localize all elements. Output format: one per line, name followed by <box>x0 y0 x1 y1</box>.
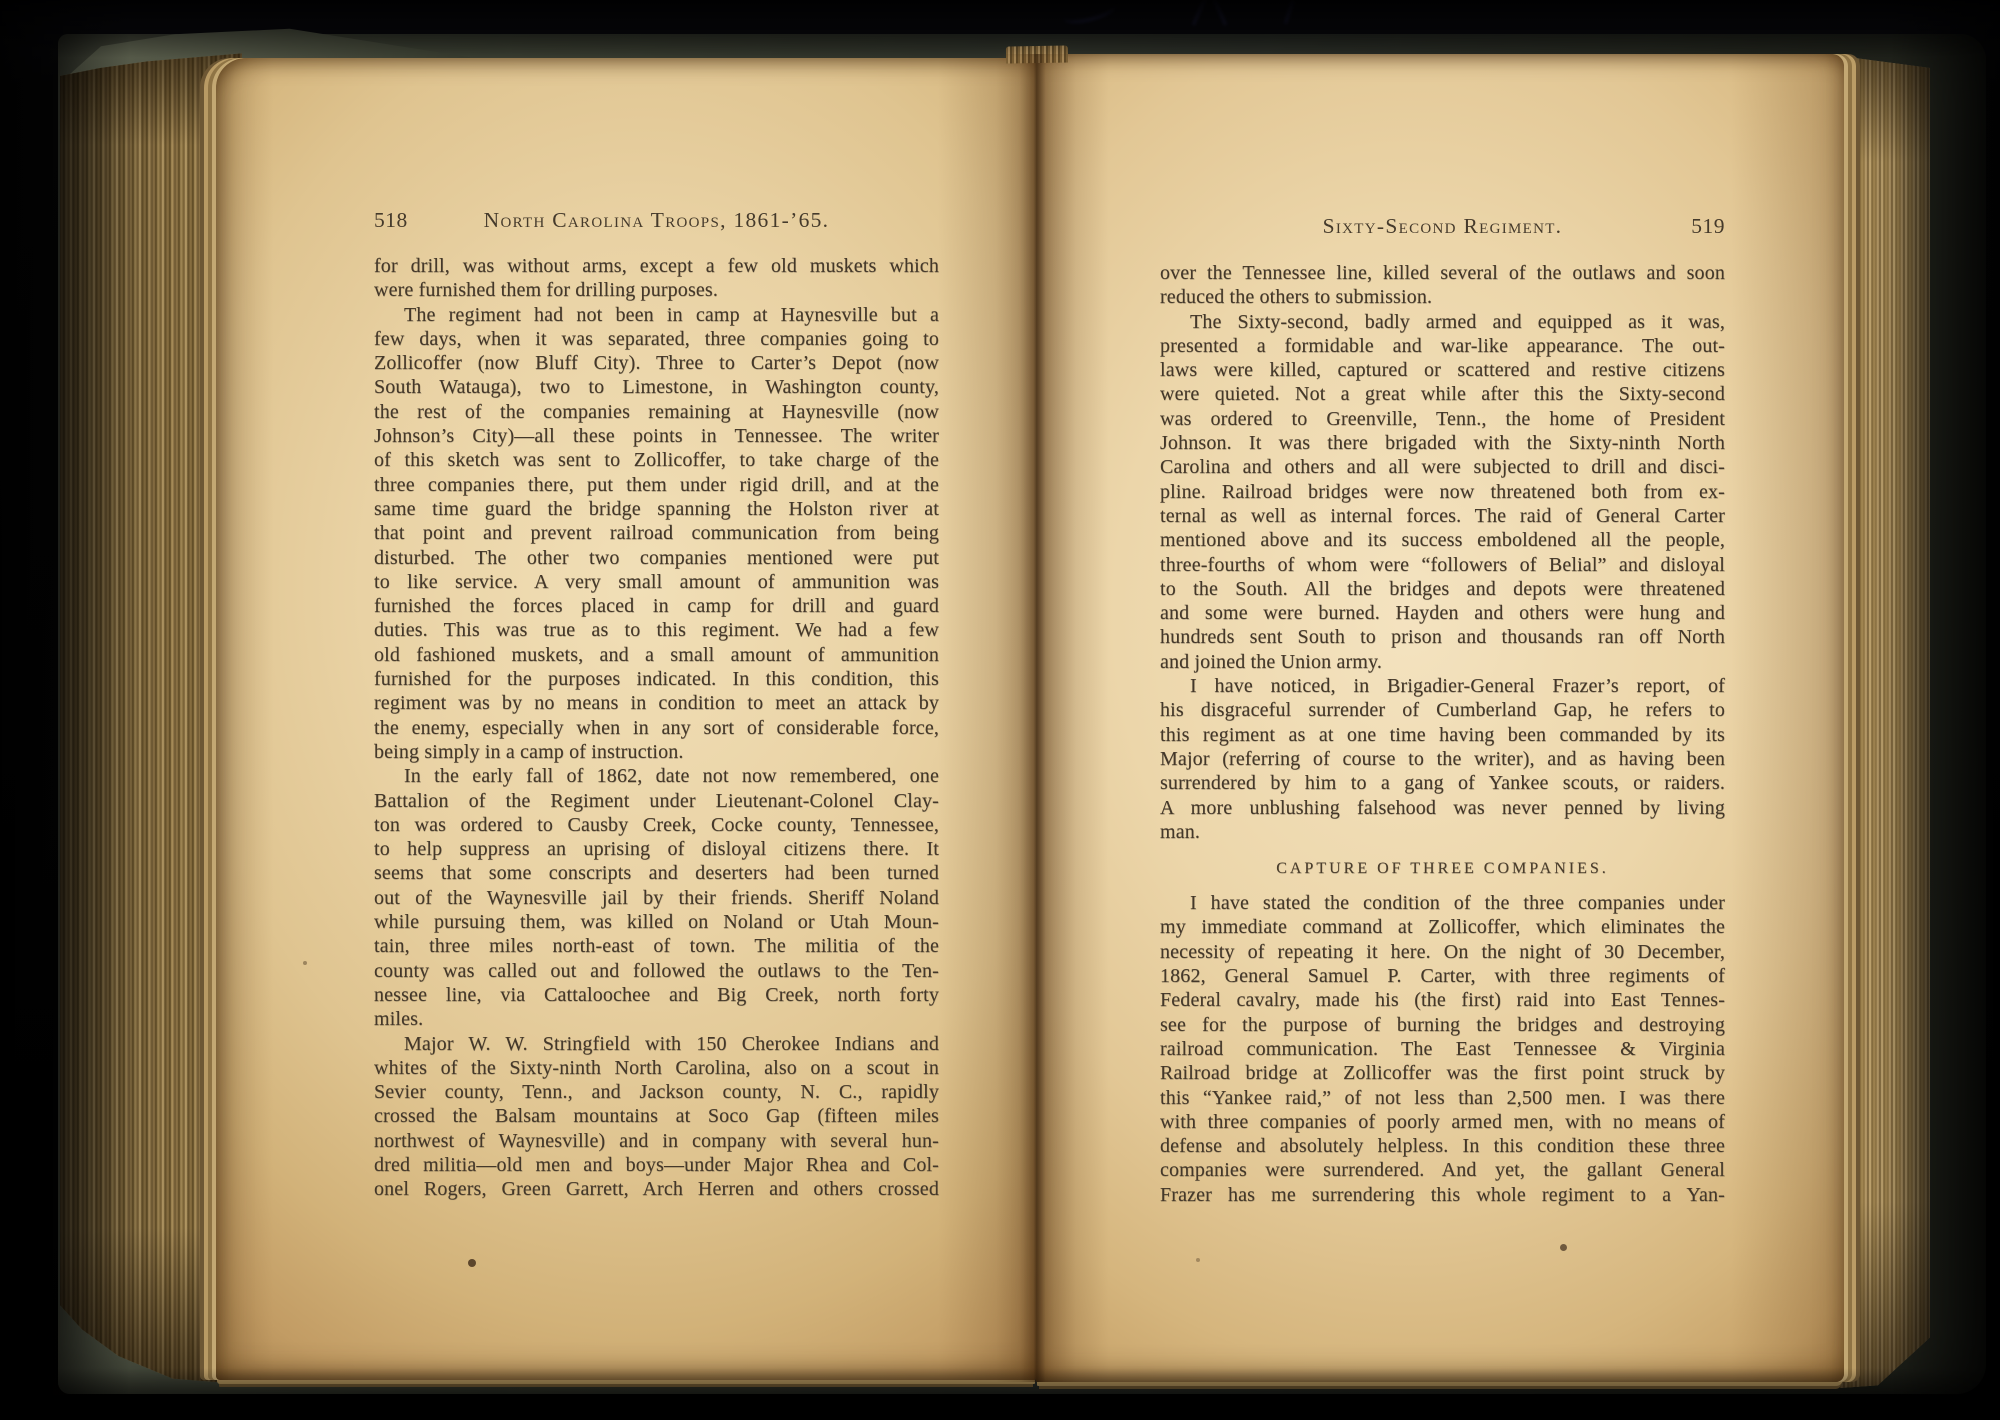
text-line: out of the Waynesville jail by their fri… <box>374 886 939 910</box>
text-line: Johnson’s City)—all these points in Tenn… <box>374 424 939 448</box>
text-line: were quieted. Not a great while after th… <box>1160 382 1725 406</box>
text-line: county was called out and followed the o… <box>374 959 939 983</box>
text-line: with three companies of poorly armed men… <box>1160 1110 1725 1134</box>
text-line: to help suppress an uprising of disloyal… <box>374 837 939 861</box>
text-line: ternal as well as internal forces. The r… <box>1160 504 1725 528</box>
text-line: furnished for the purposes indicated. In… <box>374 667 939 691</box>
text-line: were furnished them for drilling purpose… <box>374 278 939 302</box>
text-line: northwest of Waynesville) and in company… <box>374 1129 939 1153</box>
text-line: miles. <box>374 1007 939 1031</box>
text-line: that point and prevent railroad communic… <box>374 521 939 545</box>
text-line: Johnson. It was there brigaded with the … <box>1160 431 1725 455</box>
text-line: three-fourths of whom were “followers of… <box>1160 553 1725 577</box>
text-line: I have stated the condition of the three… <box>1160 891 1725 915</box>
ink-speck <box>1196 1258 1200 1262</box>
paragraph: The regiment had not been in camp at Hay… <box>374 303 939 765</box>
text-line: In the early fall of 1862, date not now … <box>374 764 939 788</box>
text-line: 1862, General Samuel P. Carter, with thr… <box>1160 964 1725 988</box>
running-head-right: Sixty-Second Regiment. 519 <box>1160 214 1725 242</box>
text-line: mentioned above and its success embolden… <box>1160 528 1725 552</box>
text-line: nessee line, via Cattaloochee and Big Cr… <box>374 983 939 1007</box>
text-line: surrendered by him to a gang of Yankee s… <box>1160 771 1725 795</box>
text-line: The regiment had not been in camp at Hay… <box>374 303 939 327</box>
text-line: laws were killed, captured or scattered … <box>1160 358 1725 382</box>
text-line: defense and absolutely helpless. In this… <box>1160 1134 1725 1158</box>
text-line: presented a formidable and war-like appe… <box>1160 334 1725 358</box>
text-line: and joined the Union army. <box>1160 650 1725 674</box>
paragraph: over the Tennessee line, killed several … <box>1160 261 1725 310</box>
text-line: Sevier county, Tenn., and Jackson county… <box>374 1080 939 1104</box>
text-line: Federal cavalry, made his (the first) ra… <box>1160 988 1725 1012</box>
text-line: this “Yankee raid,” of not less than 2,5… <box>1160 1086 1725 1110</box>
text-line: companies were surrendered. And yet, the… <box>1160 1158 1725 1182</box>
text-line: man. <box>1160 820 1725 844</box>
text-line: the rest of the companies remaining at H… <box>374 400 939 424</box>
right-page-text: over the Tennessee line, killed several … <box>1160 261 1725 1207</box>
text-line: Major (referring of course to the writer… <box>1160 747 1725 771</box>
text-line: disturbed. The other two companies menti… <box>374 546 939 570</box>
ink-speck <box>468 1259 476 1267</box>
text-line: Zollicoffer (now Bluff City). Three to C… <box>374 351 939 375</box>
paragraph: I have stated the condition of the three… <box>1160 891 1725 1207</box>
text-line: few days, when it was separated, three c… <box>374 327 939 351</box>
text-line: The Sixty-second, badly armed and equipp… <box>1160 310 1725 334</box>
page-edges-left <box>60 52 242 1388</box>
text-line: of this sketch was sent to Zollicoffer, … <box>374 448 939 472</box>
text-line: old fashioned muskets, and a small amoun… <box>374 643 939 667</box>
text-line: regiment was by no means in condition to… <box>374 691 939 715</box>
text-line: I have noticed, in Brigadier-General Fra… <box>1160 674 1725 698</box>
text-line: Frazer has me surrendering this whole re… <box>1160 1183 1725 1207</box>
text-line: South Watauga), two to Limestone, in Was… <box>374 375 939 399</box>
text-line: reduced the others to submission. <box>1160 285 1725 309</box>
text-line: whites of the Sixty-ninth North Carolina… <box>374 1056 939 1080</box>
text-line: Carolina and others and all were subject… <box>1160 455 1725 479</box>
text-line: Railroad bridge at Zollicoffer was the f… <box>1160 1061 1725 1085</box>
left-page-text: for drill, was without arms, except a fe… <box>374 254 939 1202</box>
text-line: to the South. All the bridges and depots… <box>1160 577 1725 601</box>
text-line: Major W. W. Stringfield with 150 Cheroke… <box>374 1032 939 1056</box>
text-line: while pursuing them, was killed on Nolan… <box>374 910 939 934</box>
paragraph: Major W. W. Stringfield with 150 Cheroke… <box>374 1032 939 1202</box>
text-line: over the Tennessee line, killed several … <box>1160 261 1725 285</box>
paragraph: The Sixty-second, badly armed and equipp… <box>1160 310 1725 674</box>
text-line: dred militia—old men and boys—under Majo… <box>374 1153 939 1177</box>
running-title-left: North Carolina Troops, 1861-’65. <box>374 208 939 233</box>
text-line: his disgraceful surrender of Cumberland … <box>1160 698 1725 722</box>
ink-speck <box>303 961 307 965</box>
text-line: furnished the forces placed in camp for … <box>374 594 939 618</box>
gutter-shadow <box>996 54 1076 1382</box>
text-line: pline. Railroad bridges were now threate… <box>1160 480 1725 504</box>
text-line: tain, three miles north-east of town. Th… <box>374 934 939 958</box>
text-line: crossed the Balsam mountains at Soco Gap… <box>374 1104 939 1128</box>
text-line: ton was ordered to Causby Creek, Cocke c… <box>374 813 939 837</box>
text-line: was ordered to Greenville, Tenn., the ho… <box>1160 407 1725 431</box>
text-line: same time guard the bridge spanning the … <box>374 497 939 521</box>
text-line: for drill, was without arms, except a fe… <box>374 254 939 278</box>
page-number-right: 519 <box>1691 214 1725 239</box>
text-line: to like service. A very small amount of … <box>374 570 939 594</box>
text-line: A more unblushing falsehood was never pe… <box>1160 796 1725 820</box>
ink-speck <box>1560 1244 1567 1251</box>
text-line: hundreds sent South to prison and thousa… <box>1160 625 1725 649</box>
text-line: see for the purpose of burning the bridg… <box>1160 1013 1725 1037</box>
text-line: being simply in a camp of instruction. <box>374 740 939 764</box>
text-line: this regiment as at one time having been… <box>1160 723 1725 747</box>
paragraph: I have noticed, in Brigadier-General Fra… <box>1160 674 1725 844</box>
text-line: my immediate command at Zollicoffer, whi… <box>1160 915 1725 939</box>
running-title-right: Sixty-Second Regiment. <box>1160 214 1725 239</box>
text-line: Battalion of the Regiment under Lieutena… <box>374 789 939 813</box>
section-heading: CAPTURE OF THREE COMPANIES. <box>1160 857 1725 881</box>
text-line: duties. This was true as to this regimen… <box>374 618 939 642</box>
paragraph: In the early fall of 1862, date not now … <box>374 764 939 1031</box>
text-line: onel Rogers, Green Garrett, Arch Herren … <box>374 1177 939 1201</box>
text-line: the enemy, especially when in any sort o… <box>374 716 939 740</box>
text-line: railroad communication. The East Tenness… <box>1160 1037 1725 1061</box>
running-head-left: 518 North Carolina Troops, 1861-’65. <box>374 208 939 236</box>
text-line: and some were burned. Hayden and others … <box>1160 601 1725 625</box>
page-edges-right <box>1840 56 1930 1388</box>
text-line: three companies there, put them under ri… <box>374 473 939 497</box>
paragraph: for drill, was without arms, except a fe… <box>374 254 939 303</box>
text-line: necessity of repeating it here. On the n… <box>1160 940 1725 964</box>
text-line: seems that some conscripts and deserters… <box>374 861 939 885</box>
